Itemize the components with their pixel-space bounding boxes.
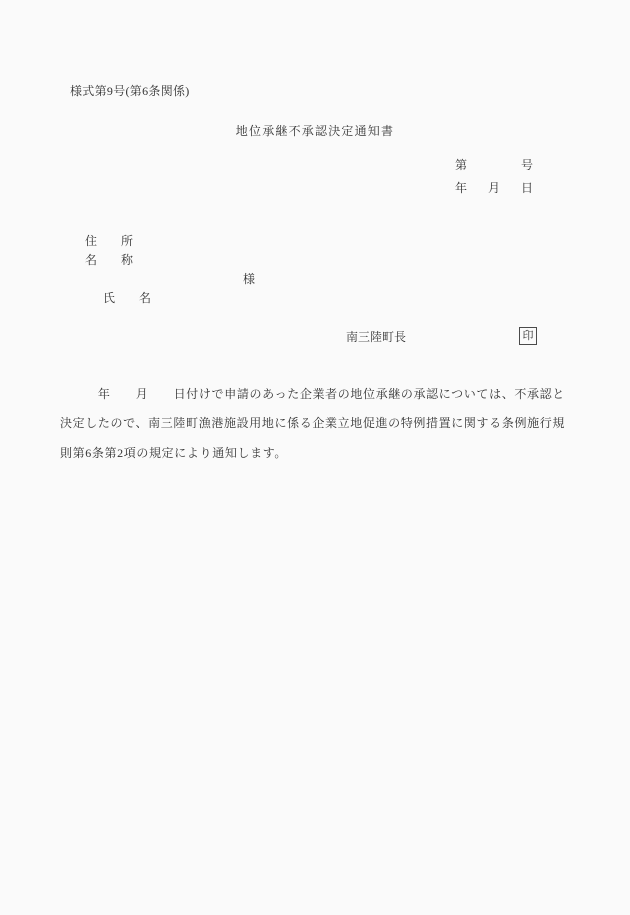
document-title: 地位承継不承認決定通知書 [0,122,630,139]
doc-number-suffix: 号 [521,154,533,177]
seal-mark: 印 [519,327,537,345]
body-line-3: 則第6条第2項の規定により通知します。 [60,439,568,468]
date-year-label: 年 [455,177,467,200]
body-line-1: 年 月 日付けで申請のあった企業者の地位承継の承認については、不承認と [60,380,568,409]
doc-number-prefix: 第 [455,154,467,177]
recipient-block: 住 所 名 称 氏 名 様 [85,232,151,289]
recipient-person-row: 氏 名 様 [85,270,151,289]
honorific-sama: 様 [243,270,255,289]
document-page: 様式第9号(第6条関係) 地位承継不承認決定通知書 第 号 年 月 日 住 所 … [0,0,630,915]
recipient-address-label: 住 所 [85,232,151,251]
recipient-name-label: 名 称 [85,251,151,270]
recipient-person-label: 氏 名 [103,291,151,305]
form-number: 様式第9号(第6条関係) [70,82,190,99]
date-day-label: 日 [521,177,533,200]
body-paragraph: 年 月 日付けで申請のあった企業者の地位承継の承認については、不承認と 決定した… [60,380,568,468]
doc-number-date-block: 第 号 年 月 日 [455,154,533,200]
date-row: 年 月 日 [455,177,533,200]
sender-mayor-title: 南三陸町長 [346,330,406,345]
doc-number-row: 第 号 [455,154,533,177]
date-month-label: 月 [488,177,500,200]
body-line-2: 決定したので、南三陸町漁港施設用地に係る企業立地促進の特例措置に関する条例施行規 [60,409,568,438]
